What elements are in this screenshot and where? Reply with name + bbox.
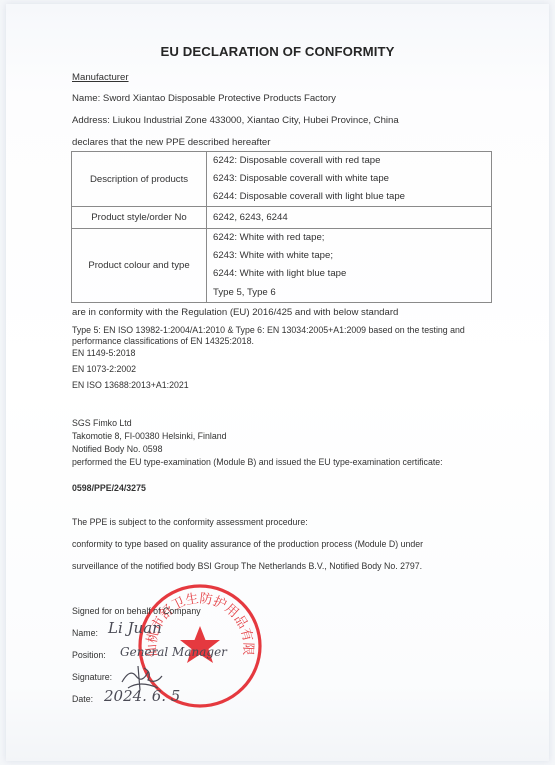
row-value: Type 5, Type 6 — [213, 283, 491, 302]
manufacturer-address: Address: Liukou Industrial Zone 433000, … — [72, 115, 399, 126]
procedure-line1: The PPE is subject to the conformity ass… — [72, 517, 308, 527]
row-values: 6242, 6243, 6244 — [207, 207, 492, 229]
notified-body-name: SGS Fimko Ltd — [72, 418, 132, 428]
standard-item: EN 1073-2:2002 — [72, 364, 136, 374]
table-row: Product colour and type 6242: White with… — [72, 229, 492, 303]
row-label: Description of products — [72, 152, 207, 207]
row-value: 6244: Disposable coverall with light blu… — [213, 187, 491, 206]
notified-body-address: Takomotie 8, FI-00380 Helsinki, Finland — [72, 431, 227, 441]
row-label: Product colour and type — [72, 229, 207, 303]
row-value: 6242, 6243, 6244 — [213, 209, 491, 227]
row-value: 6243: White with white tape; — [213, 247, 491, 265]
name-value: Li Juan — [108, 619, 162, 637]
procedure-line2: conformity to type based on quality assu… — [72, 539, 423, 549]
procedure-line3: surveillance of the notified body BSI Gr… — [72, 561, 422, 571]
declares-statement: declares that the new PPE described here… — [72, 137, 270, 148]
row-value: 6244: White with light blue tape — [213, 264, 491, 283]
row-label: Product style/order No — [72, 207, 207, 229]
signature-label: Signature: — [72, 672, 112, 682]
position-label: Position: — [72, 650, 106, 660]
date-label: Date: — [72, 694, 93, 704]
row-value: 6242: Disposable coverall with red tape — [213, 152, 491, 170]
row-value: 6242: White with red tape; — [213, 229, 491, 247]
table-row: Description of products 6242: Disposable… — [72, 152, 492, 207]
row-value: 6243: Disposable coverall with white tap… — [213, 170, 491, 188]
notified-body-number: Notified Body No. 0598 — [72, 444, 162, 454]
notified-body-statement: performed the EU type-examination (Modul… — [72, 457, 443, 467]
date-value: 2024. 6. 5 — [104, 687, 180, 705]
row-values: 6242: Disposable coverall with red tape … — [207, 152, 492, 207]
standard-item: EN ISO 13688:2013+A1:2021 — [72, 380, 189, 390]
row-values: 6242: White with red tape; 6243: White w… — [207, 229, 492, 303]
standards-paragraph-line2: performance classifications of EN 14325:… — [72, 336, 254, 346]
standards-paragraph-line1: Type 5: EN ISO 13982-1:2004/A1:2010 & Ty… — [72, 325, 465, 335]
manufacturer-name: Name: Sword Xiantao Disposable Protectiv… — [72, 93, 336, 104]
signed-for-label: Signed for on behalf of Company — [72, 606, 201, 616]
name-label: Name: — [72, 628, 98, 638]
page-title: EU DECLARATION OF CONFORMITY — [0, 44, 555, 59]
position-value: General Manager — [120, 645, 227, 659]
conformity-statement: are in conformity with the Regulation (E… — [72, 307, 398, 318]
certificate-number: 0598/PPE/24/3275 — [72, 483, 146, 493]
product-table: Description of products 6242: Disposable… — [71, 151, 492, 303]
standard-item: EN 1149-5:2018 — [72, 348, 135, 358]
table-row: Product style/order No 6242, 6243, 6244 — [72, 207, 492, 229]
manufacturer-heading: Manufacturer — [72, 72, 129, 83]
